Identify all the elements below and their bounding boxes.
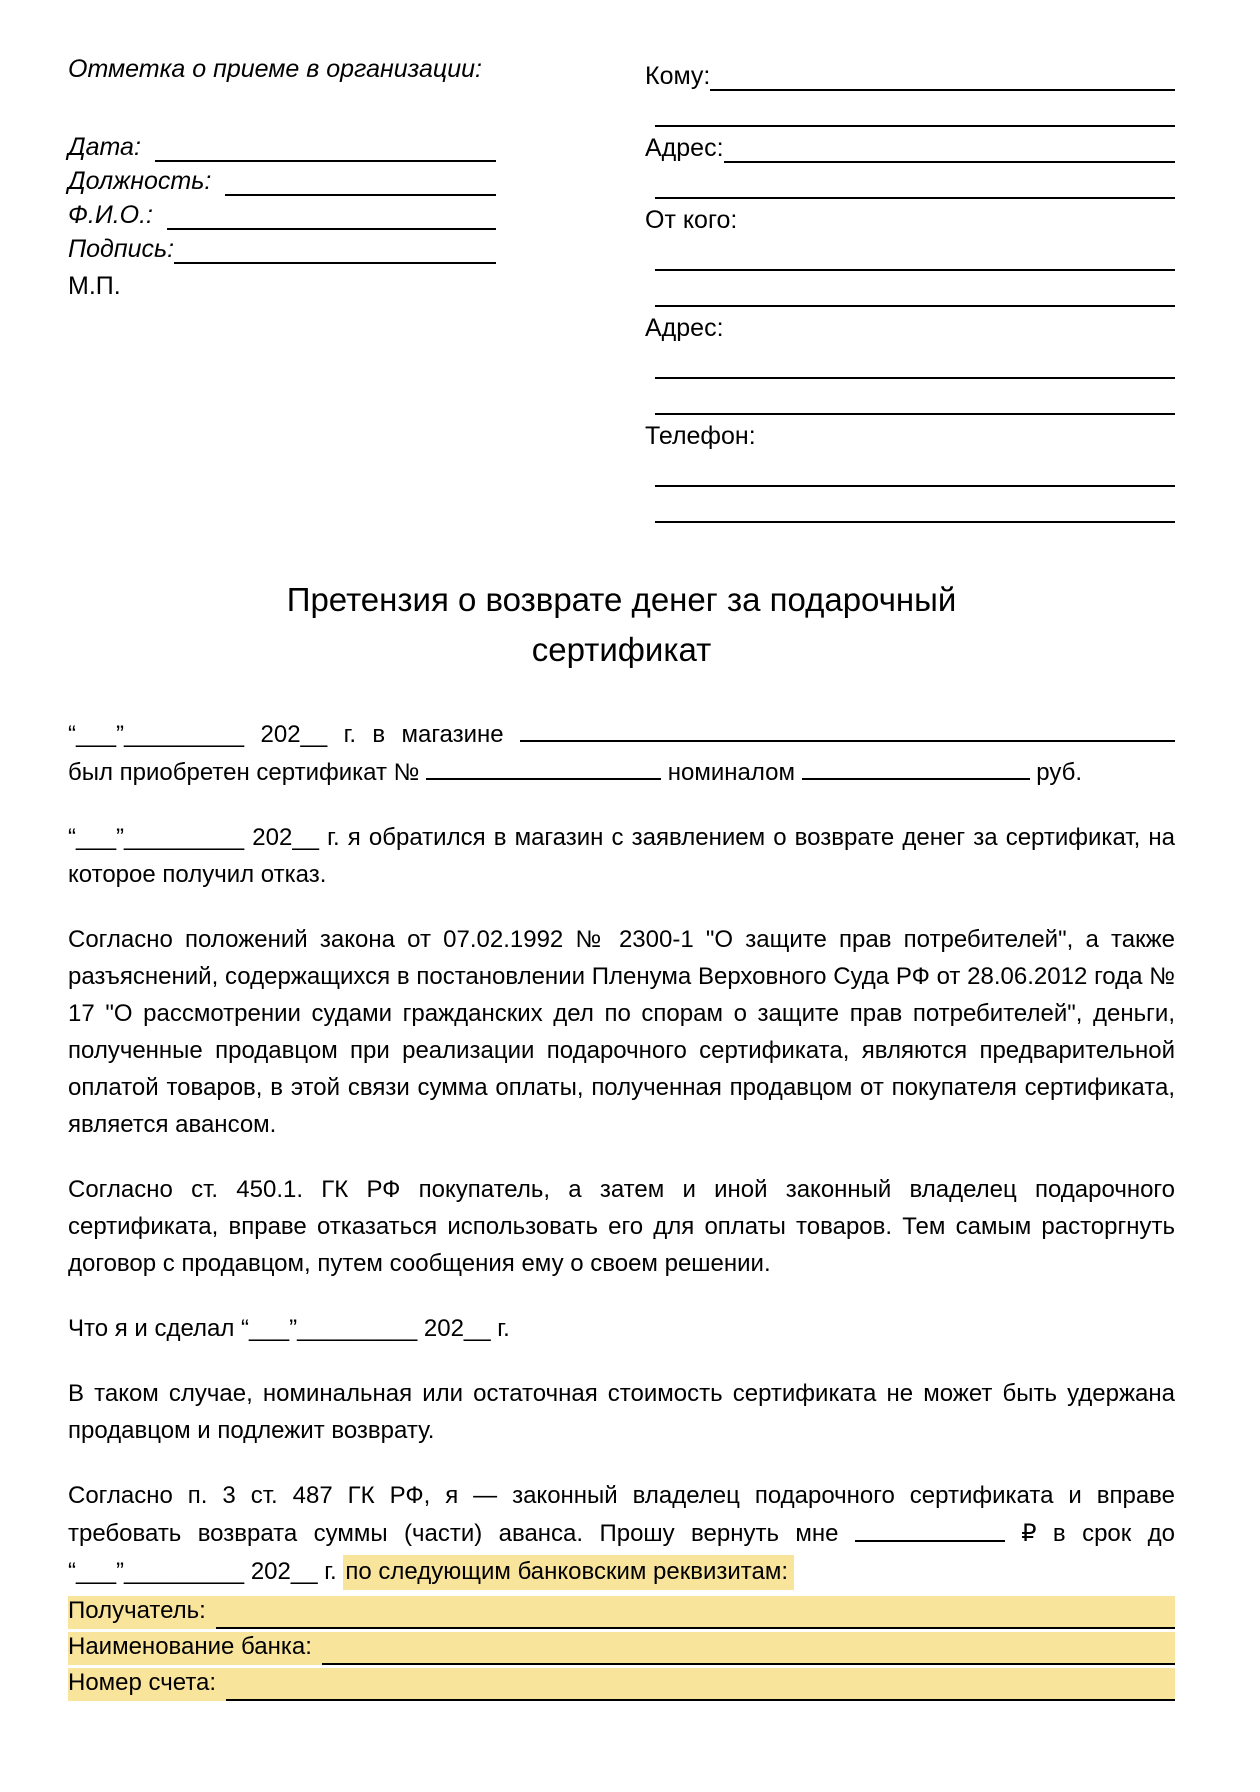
blank-line: [655, 377, 1175, 379]
name-label: Ф.И.О.:: [68, 201, 153, 230]
phone-line-2: [645, 487, 1175, 523]
refund-demand-text: Согласно п. 3 ст. 487 ГК РФ, я — законны…: [68, 1482, 1175, 1547]
date-field-row: Дата:: [68, 128, 496, 162]
position-field-row: Должность:: [68, 162, 496, 196]
name-field-row: Ф.И.О.:: [68, 196, 496, 230]
nominal-text: номиналом: [668, 759, 795, 786]
blank-line: [225, 194, 496, 196]
blank-line: [167, 228, 496, 230]
bank-account-label: Номер счета:: [68, 1664, 226, 1701]
to-address-field-row: Адрес:: [645, 127, 1175, 163]
bank-name-row: Наименование банка:: [68, 1632, 1175, 1665]
document-title: Претензия о возврате денег за подарочный…: [232, 575, 1012, 675]
seal-abbreviation: М.П.: [68, 272, 538, 301]
blank-line: [155, 160, 496, 162]
blank-line: [724, 161, 1175, 163]
certificate-number-blank-field: [426, 753, 661, 780]
organization-acceptance-block: Отметка о приеме в организации: Дата: До…: [68, 55, 538, 301]
to-extra-line: [645, 91, 1175, 127]
phone-field-row: Телефон:: [645, 415, 1175, 451]
date-label: Дата:: [68, 133, 141, 162]
form-header: Отметка о приеме в организации: Дата: До…: [68, 55, 1175, 523]
signature-field-row: Подпись:: [68, 230, 496, 264]
paragraph-purchase: “___”_________ 202__ г. в магазине был п…: [68, 715, 1175, 791]
phone-line-1: [645, 451, 1175, 487]
paragraph-refund-demand: Согласно п. 3 ст. 487 ГК РФ, я — законны…: [68, 1477, 1175, 1589]
bank-name-label: Наименование банка:: [68, 1628, 322, 1665]
to-address-extra-line: [645, 163, 1175, 199]
from-line-1: [645, 235, 1175, 271]
to-field-row: Кому:: [645, 55, 1175, 91]
from-field-row: От кого:: [645, 199, 1175, 235]
bank-account-row: Номер счета:: [68, 1668, 1175, 1701]
nominal-blank-field: [802, 753, 1030, 780]
paragraph-consumer-law: Согласно положений закона от 07.02.1992 …: [68, 921, 1175, 1143]
blank-line: [226, 1699, 1175, 1701]
blank-line: [710, 89, 1175, 91]
blank-line: [655, 305, 1175, 307]
blank-line: [655, 485, 1175, 487]
blank-line: [322, 1663, 1175, 1665]
blank-line: [216, 1627, 1175, 1629]
blank-line: [655, 197, 1175, 199]
paragraph-civil-code-450: Согласно ст. 450.1. ГК РФ покупатель, а …: [68, 1171, 1175, 1282]
from-label: От кого:: [645, 206, 737, 235]
acceptance-note-label: Отметка о приеме в организации:: [68, 55, 538, 84]
signature-label: Подпись:: [68, 235, 174, 264]
from-address-label: Адрес:: [645, 314, 724, 343]
paragraph-refusal: “___”_________ 202__ г. я обратился в ма…: [68, 819, 1175, 893]
phone-label: Телефон:: [645, 422, 756, 451]
document-body: “___”_________ 202__ г. в магазине был п…: [68, 715, 1175, 1701]
bank-recipient-label: Получатель:: [68, 1592, 216, 1629]
paragraph-action-date: Что я и сделал “___”_________ 202__ г.: [68, 1310, 1175, 1347]
from-line-2: [645, 271, 1175, 307]
to-address-label: Адрес:: [645, 134, 724, 163]
refund-amount-blank-field: [855, 1514, 1005, 1541]
from-address-line-2: [645, 379, 1175, 415]
from-address-field-row: Адрес:: [645, 307, 1175, 343]
to-label: Кому:: [645, 62, 710, 91]
recipient-block: Кому: Адрес: От кого: Адрес: Телефон:: [645, 55, 1175, 523]
store-name-blank-field: [520, 715, 1175, 742]
bank-recipient-row: Получатель:: [68, 1596, 1175, 1629]
from-address-line-1: [645, 343, 1175, 379]
blank-line: [655, 269, 1175, 271]
blank-line: [655, 413, 1175, 415]
blank-line: [174, 262, 496, 264]
blank-line: [655, 521, 1175, 523]
paragraph-refund-obligation: В таком случае, номинальная или остаточн…: [68, 1375, 1175, 1449]
blank-line: [655, 125, 1175, 127]
purchase-date-text: “___”_________ 202__ г. в магазине: [68, 721, 504, 748]
claim-form-page: Отметка о приеме в организации: Дата: До…: [0, 0, 1260, 1792]
position-label: Должность:: [68, 167, 211, 196]
certificate-number-text: был приобретен сертификат №: [68, 759, 419, 786]
bank-details-intro-highlight: по следующим банковским реквизитам:: [343, 1555, 794, 1590]
rubles-text: руб.: [1036, 759, 1082, 786]
